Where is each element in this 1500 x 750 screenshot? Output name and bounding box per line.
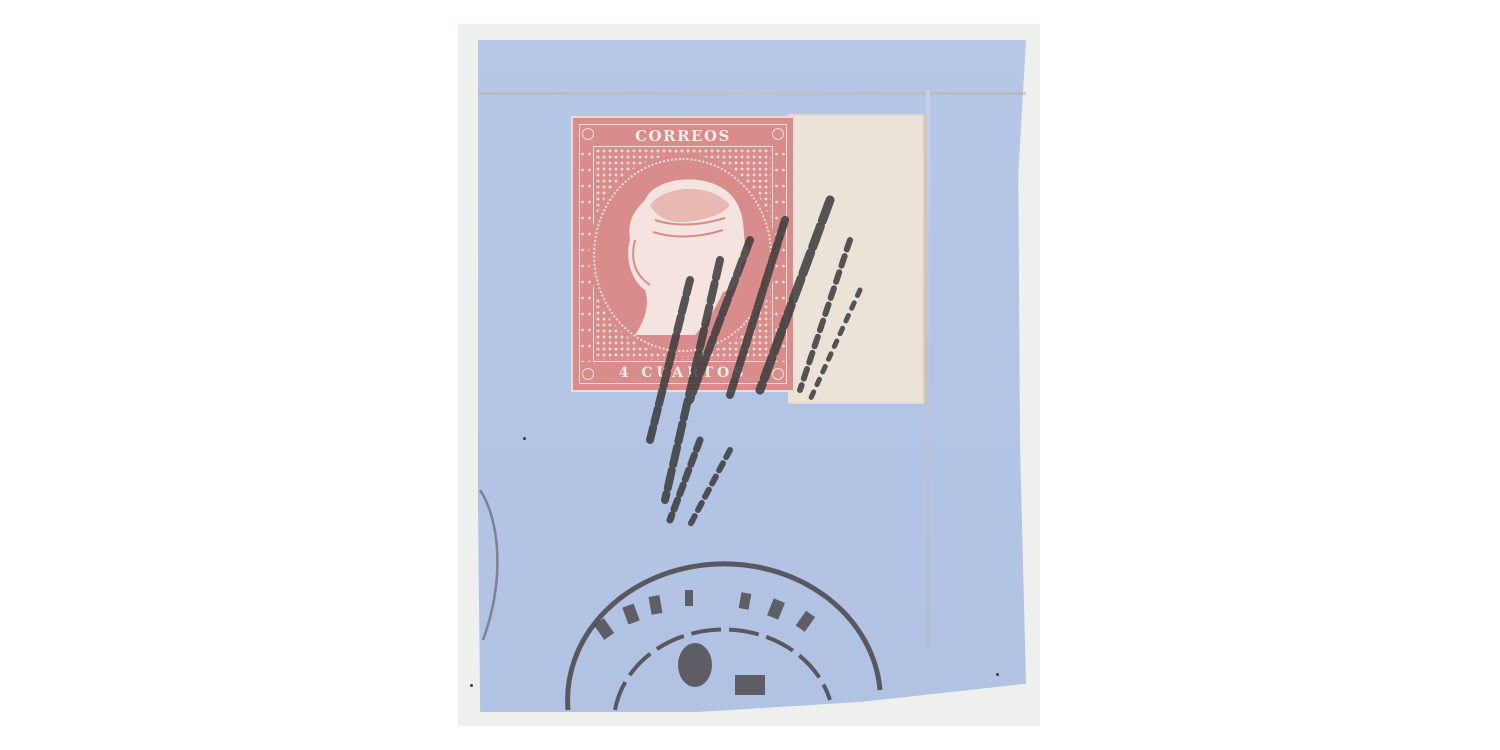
ink-speck	[523, 437, 526, 440]
ink-speck	[470, 684, 473, 687]
partial-postmark-left	[0, 0, 1500, 750]
ink-speck	[996, 673, 999, 676]
